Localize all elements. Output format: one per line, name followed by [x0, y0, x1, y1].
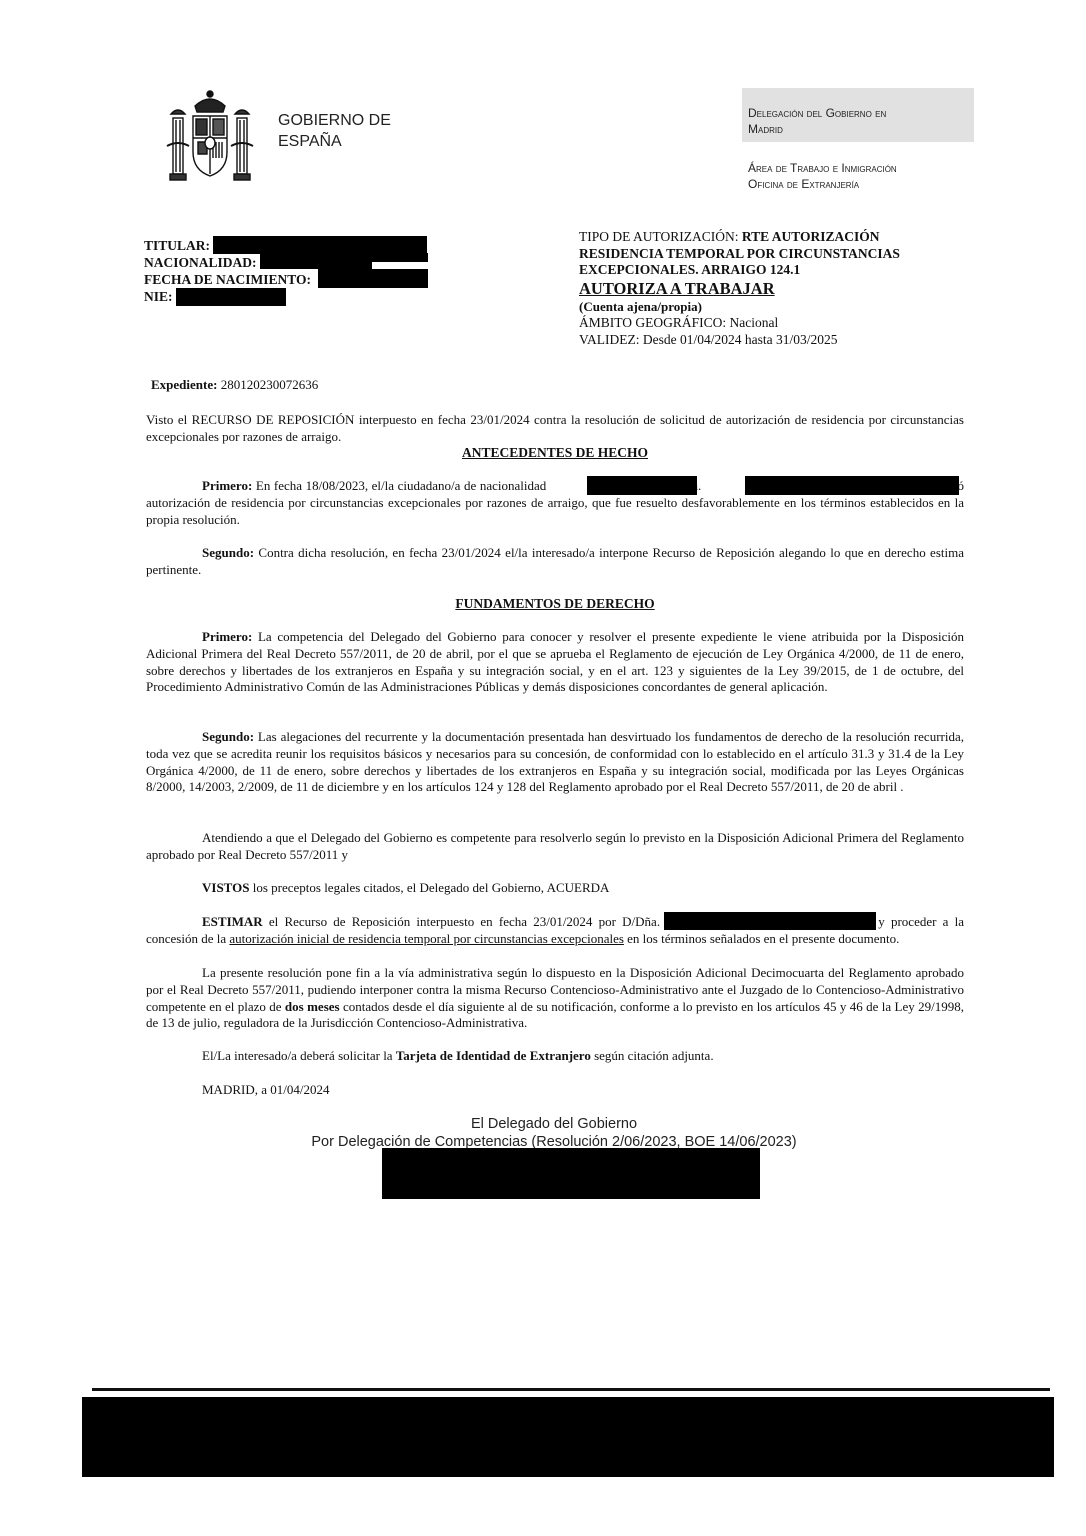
redacted-nie	[176, 288, 286, 306]
cuenta-type: (Cuenta ajena/propia)	[579, 299, 959, 316]
vistos-label: VISTOS	[202, 880, 249, 895]
redacted-fecha-nacimiento	[318, 269, 428, 288]
presente-bold: dos meses	[285, 999, 340, 1014]
signature-block: El Delegado del Gobierno Por Delegación …	[204, 1115, 904, 1151]
fecha-nacimiento-label: FECHA DE NACIMIENTO:	[144, 271, 311, 288]
government-title: GOBIERNO DE ESPAÑA	[278, 110, 391, 152]
place-date: MADRID, a 01/04/2024	[146, 1082, 964, 1099]
vistos-text: los preceptos legales citados, el Delega…	[249, 880, 609, 895]
gov-line-2: ESPAÑA	[278, 131, 391, 152]
area-line-1: Área de Trabajo e Inmigración	[748, 160, 897, 176]
expediente-number: 280120230072636	[221, 377, 319, 392]
autoriza-trabajar: AUTORIZA A TRABAJAR	[579, 279, 959, 299]
delegation-name: Delegación del Gobierno en Madrid	[748, 105, 886, 137]
gov-line-1: GOBIERNO DE	[278, 110, 391, 131]
footer-divider	[92, 1388, 1050, 1391]
signature-line-1: El Delegado del Gobierno	[204, 1115, 904, 1133]
fund2-text: Las alegaciones del recurrente y la docu…	[146, 729, 964, 794]
redacted-nombre	[745, 476, 959, 495]
authorization-type: TIPO DE AUTORIZACIÓN: RTE AUTORIZACIÓN R…	[579, 229, 959, 348]
ambito-geografico: ÁMBITO GEOGRÁFICO: Nacional	[579, 315, 959, 332]
fund2-label: Segundo:	[202, 729, 254, 744]
estimar-label: ESTIMAR	[202, 914, 263, 929]
fundamentos-heading: FUNDAMENTOS DE DERECHO	[146, 596, 964, 613]
antecedentes-heading: ANTECEDENTES DE HECHO	[146, 445, 964, 462]
antecedente-segundo: Segundo: Contra dicha resolución, en fec…	[146, 545, 964, 579]
presente-resolucion-paragraph: La presente resolución pone fin a la vía…	[146, 965, 964, 1032]
ant1-text-a: En fecha 18/08/2023, el/la ciudadano/a d…	[252, 478, 550, 493]
estimar-text-c: en los términos señalados en el presente…	[624, 931, 899, 946]
tipo-label: TIPO DE AUTORIZACIÓN:	[579, 229, 742, 244]
delegation-line-2: Madrid	[748, 121, 886, 137]
fund1-text: La competencia del Delegado del Gobierno…	[146, 629, 964, 694]
tarjeta-text-b: según citación adjunta.	[591, 1048, 714, 1063]
fund1-label: Primero:	[202, 629, 252, 644]
fundamento-segundo: Segundo: Las alegaciones del recurrente …	[146, 729, 964, 796]
coat-of-arms-of-spain-icon	[165, 88, 255, 188]
redacted-footer	[82, 1397, 1054, 1477]
office-area: Área de Trabajo e Inmigración Oficina de…	[748, 160, 897, 192]
expediente-label: Expediente:	[151, 377, 217, 392]
intro-paragraph: Visto el RECURSO DE REPOSICIÓN interpues…	[146, 412, 964, 446]
redacted-nombre-2	[664, 912, 876, 930]
tarjeta-paragraph: El/La interesado/a deberá solicitar la T…	[146, 1048, 964, 1065]
estimar-text-a: el Recurso de Reposición interpuesto en …	[263, 914, 660, 929]
redacted-nacionalidad	[260, 253, 372, 269]
ant2-text: Contra dicha resolución, en fecha 23/01/…	[146, 545, 964, 577]
redacted-titular	[213, 236, 427, 254]
ant2-label: Segundo:	[202, 545, 254, 560]
area-line-2: Oficina de Extranjería	[748, 176, 897, 192]
tarjeta-bold: Tarjeta de Identidad de Extranjero	[396, 1048, 591, 1063]
atendiendo-paragraph: Atendiendo a que el Delegado del Gobiern…	[146, 830, 964, 864]
tarjeta-text-a: El/La interesado/a deberá solicitar la	[202, 1048, 396, 1063]
validez: VALIDEZ: Desde 01/04/2024 hasta 31/03/20…	[579, 332, 959, 349]
redacted-nacionalidad-2	[587, 476, 697, 495]
ant1-label: Primero:	[202, 478, 252, 493]
estimar-underlined: autorización inicial de residencia tempo…	[229, 931, 624, 946]
delegation-line-1: Delegación del Gobierno en	[748, 105, 886, 121]
vistos-paragraph: VISTOS los preceptos legales citados, el…	[146, 880, 964, 897]
redacted-nacionalidad-ext	[372, 253, 428, 262]
redacted-signature	[382, 1148, 760, 1199]
fundamento-primero: Primero: La competencia del Delegado del…	[146, 629, 964, 696]
expediente: Expediente: 280120230072636	[151, 377, 318, 393]
